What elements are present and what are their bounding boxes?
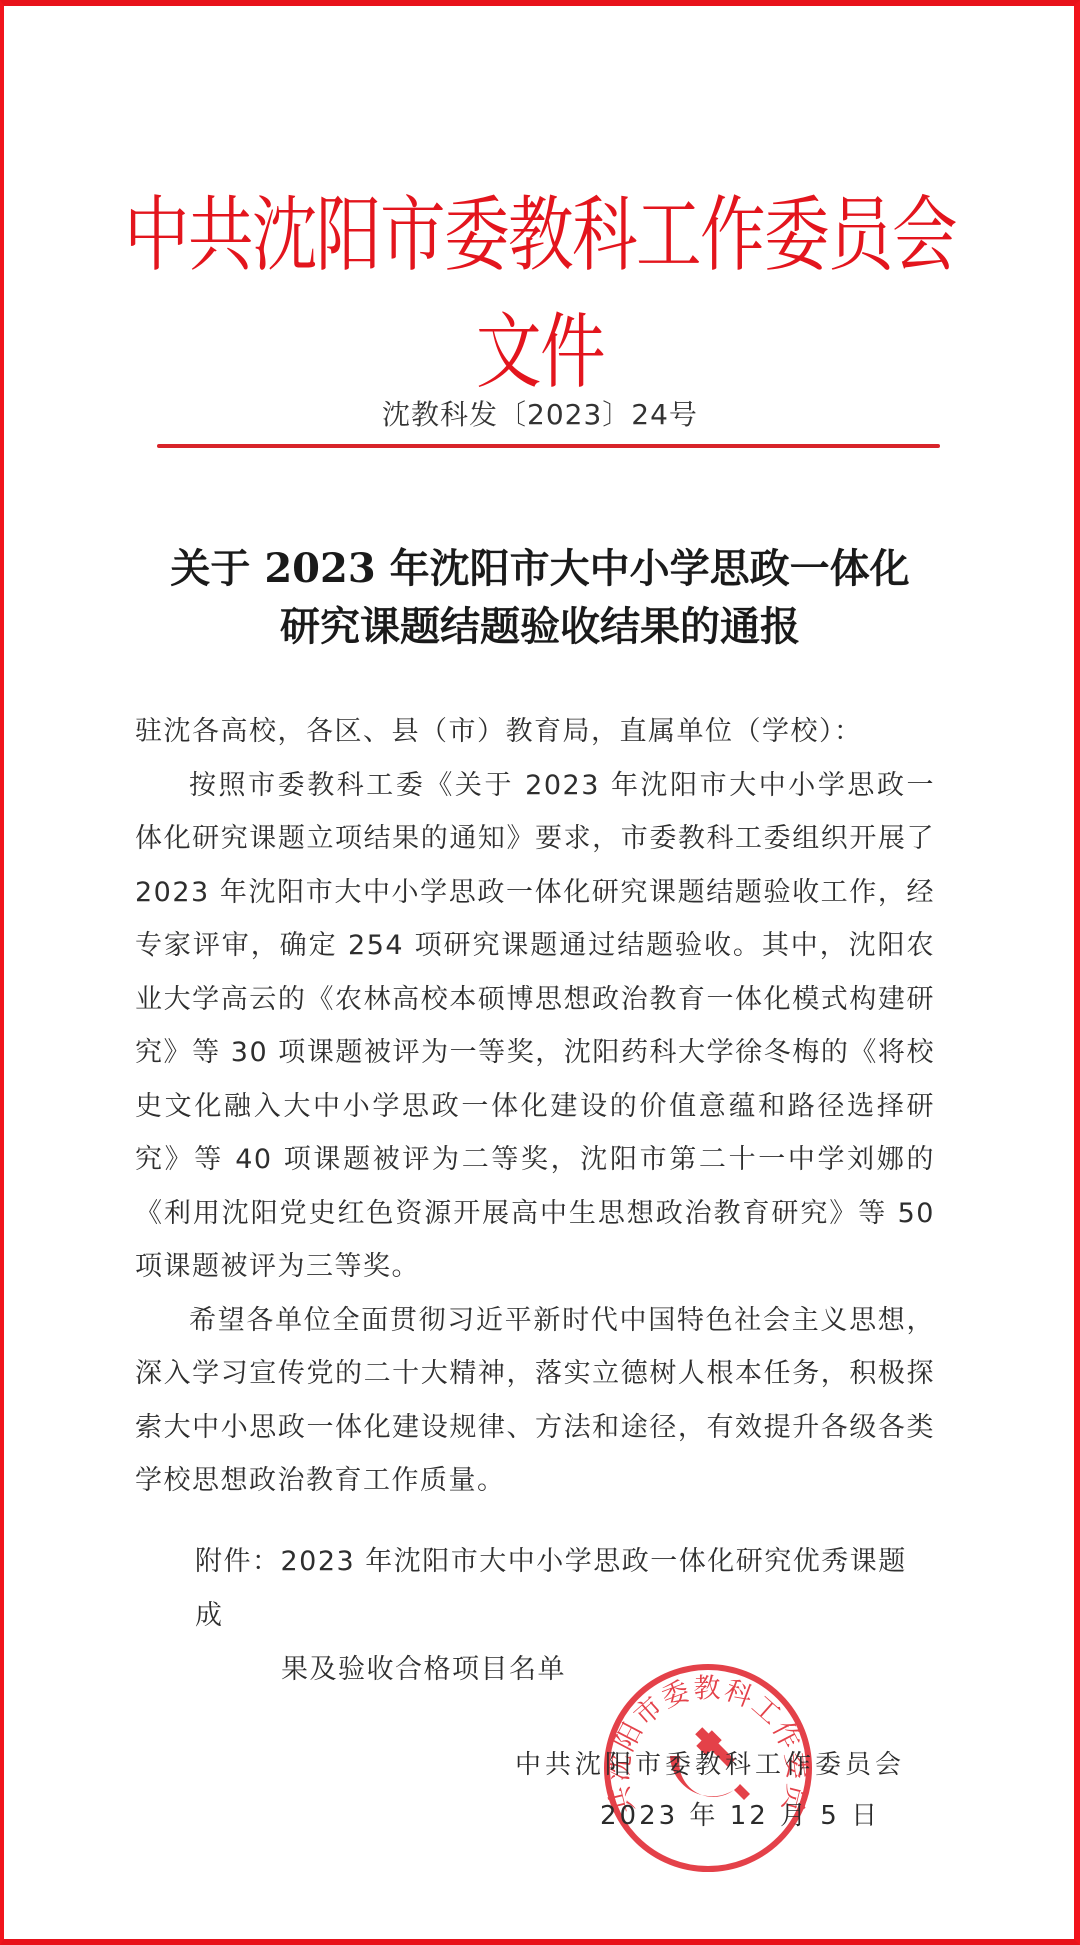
- attachment-line-2: 果及验收合格项目名单: [195, 1643, 935, 1697]
- attachment-line-1: 2023 年沈阳市大中小学思政一体化研究优秀课题成: [195, 1546, 907, 1631]
- document-number: 沈教科发〔2023〕24号: [0, 393, 1080, 433]
- document-masthead: 中共沈阳市委教科工作委员会文件: [108, 170, 972, 404]
- title-line-1: 关于 2023 年沈阳市大中小学思政一体化: [0, 540, 1080, 598]
- signature-date: 2023 年 12 月 5 日: [600, 1795, 880, 1832]
- document-body: 驻沈各高校，各区、县（市）教育局，直属单位（学校）： 按照市委教科工委《关于 2…: [135, 705, 935, 1508]
- paragraph-expectations: 希望各单位全面贯彻习近平新时代中国特色社会主义思想，深入学习宣传党的二十大精神，…: [135, 1294, 935, 1508]
- attachment-label: 附件：: [195, 1546, 281, 1577]
- salutation: 驻沈各高校，各区、县（市）教育局，直属单位（学校）：: [135, 705, 935, 759]
- signature-organization: 中共沈阳市委教科工作委员会: [515, 1744, 905, 1781]
- attachment-note: 附件：2023 年沈阳市大中小学思政一体化研究优秀课题成 果及验收合格项目名单: [195, 1535, 935, 1697]
- paragraph-results: 按照市委教科工委《关于 2023 年沈阳市大中小学思政一体化研究课题立项结果的通…: [135, 759, 935, 1294]
- document-title: 关于 2023 年沈阳市大中小学思政一体化 研究课题结题验收结果的通报: [0, 540, 1080, 656]
- title-line-2: 研究课题结题验收结果的通报: [0, 598, 1080, 656]
- red-divider: [157, 444, 940, 448]
